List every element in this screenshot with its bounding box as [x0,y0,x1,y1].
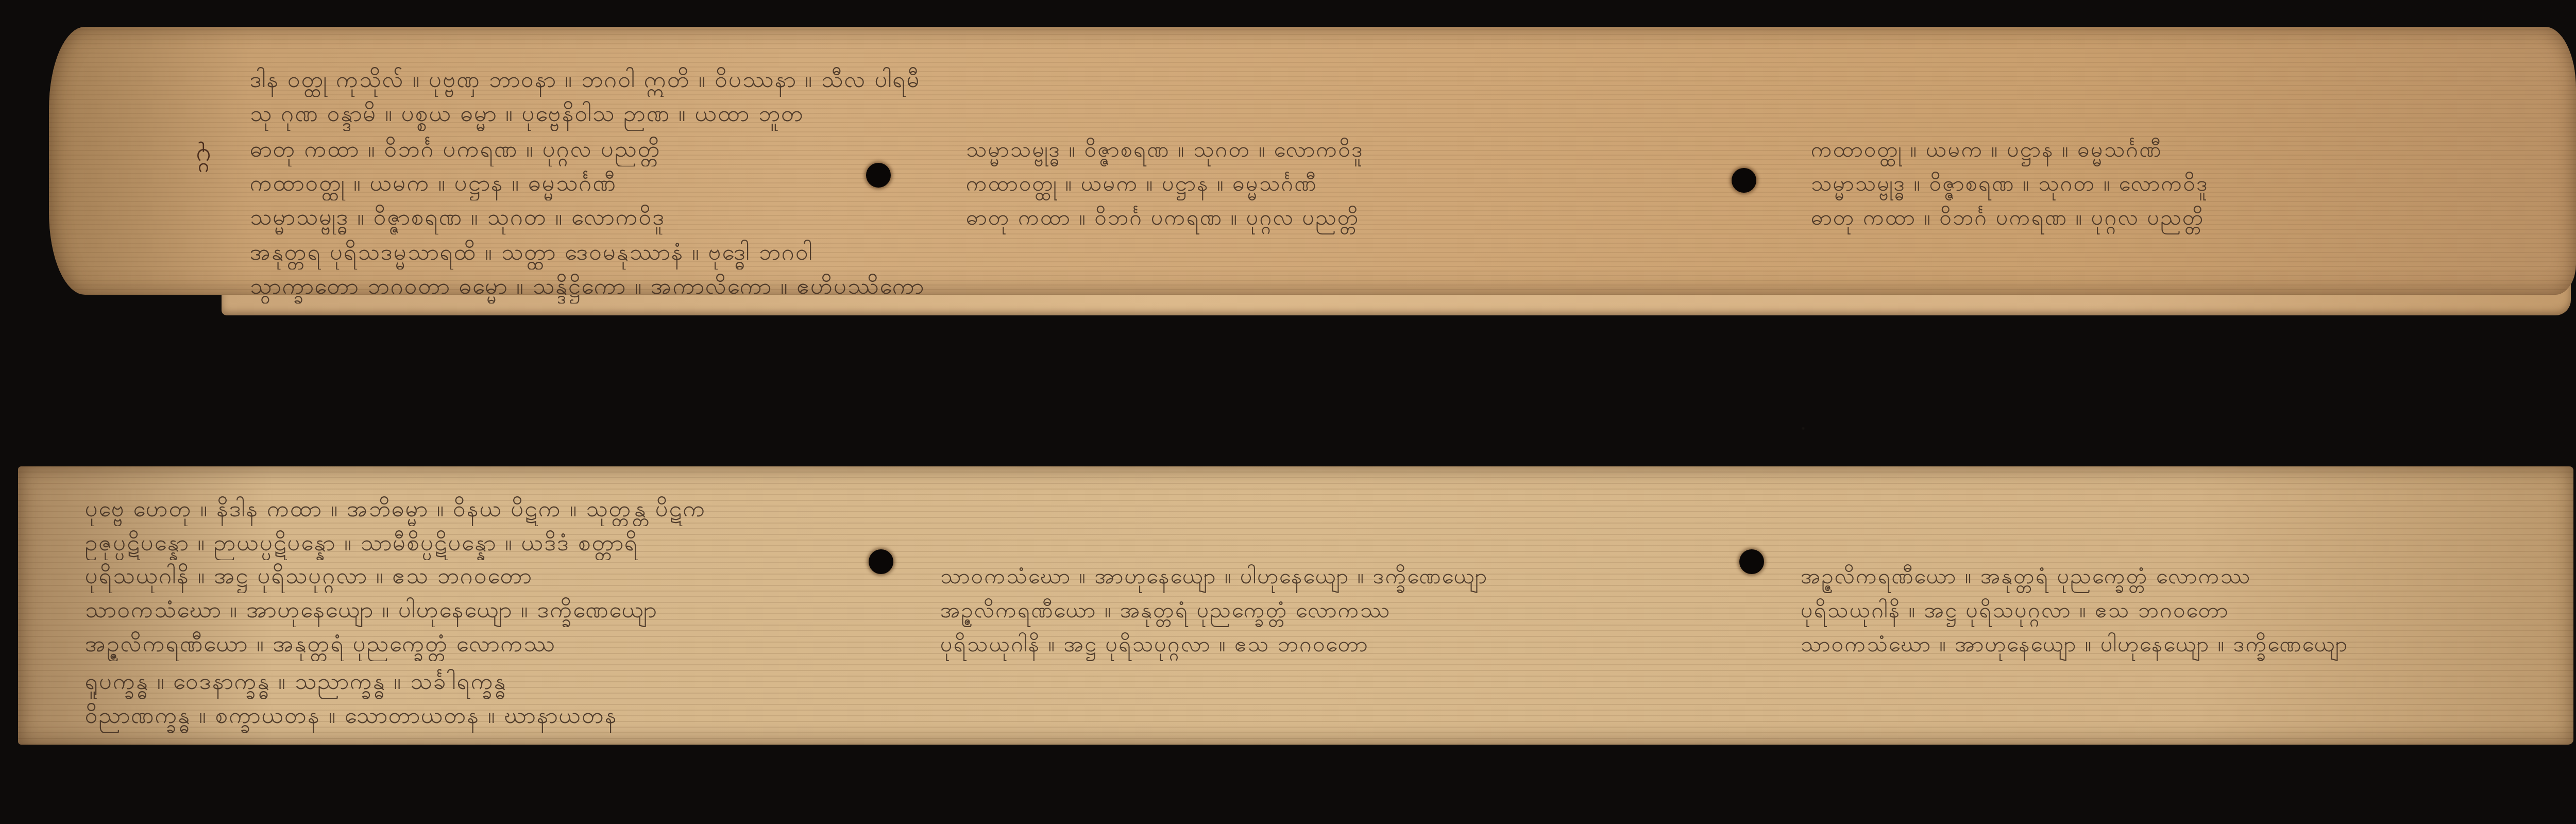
manuscript-line: ဓာတု ကထာ ။ ဝိဘင်္ဂ ပကရဏ ။ ပုဂ္ဂလ ပညတ္တိ [1811,200,2347,234]
manuscript-line: သာဝကသံဃော ။ အာဟုနေယျော ။ ပါဟုနေယျော ။ ဒက… [1801,627,2347,661]
manuscript-line: ဒါန ဝတ္ထု ကုသိုလ် ။ ပုဗ္ဗဏှ ဘာဝနာ ။ ဘဂဝါ… [250,63,2414,97]
bottom-leaf-text-full-upper: ပုဗ္ဗေ ဟေတု ။ နိဒါန ကထာ ။ အဘိဓမ္မာ ။ ဝိန… [85,492,2476,560]
manuscript-line: ဓာတု ကထာ ။ ဝိဘင်္ဂ ပကရဏ ။ ပုဂ္ဂလ ပညတ္တိ [966,200,1698,234]
binding-hole [1732,168,1756,193]
bottom-leaf-text-center: သာဝကသံဃော ။ အာဟုနေယျော ။ ပါဟုနေယျော ။ ဒက… [940,559,1672,661]
manuscript-line: အဉ္ဇလိကရဏီယော ။ အနုတ္တရံ ပုညက္ခေတ္တံ လော… [940,593,1672,627]
bottom-palm-leaf: ပုဗ္ဗေ ဟေတု ။ နိဒါန ကထာ ။ အဘိဓမ္မာ ။ ဝိန… [18,466,2573,745]
binding-hole [866,163,891,188]
manuscript-line: ပုဗ္ဗေ ဟေတု ။ နိဒါန ကထာ ။ အဘိဓမ္မာ ။ ဝိန… [85,492,2476,526]
bottom-leaf-text-left: ပုရိသယုဂါနိ ။ အဋ္ဌ ပုရိသပုဂ္ဂလာ ။ ဧသ ဘဂဝ… [85,559,688,661]
top-leaf-text-left: ဓာတု ကထာ ။ ဝိဘင်္ဂ ပကရဏ ။ ပုဂ္ဂလ ပညတ္တိ … [250,132,817,234]
manuscript-line: ဝိညာဏက္ခန္ဓ ။ စက္ခာယတန ။ သောတာယတန ။ ဃာနာ… [85,699,2476,733]
manuscript-line: သာဝကသံဃော ။ အာဟုနေယျော ။ ပါဟုနေယျော ။ ဒက… [940,559,1672,593]
manuscript-line: ပုရိသယုဂါနိ ။ အဋ္ဌ ပုရိသပုဂ္ဂလာ ။ ဧသ ဘဂဝ… [1801,593,2347,627]
binding-hole [1739,549,1764,574]
manuscript-line: သာဝကသံဃော ။ အာဟုနေယျော ။ ပါဟုနေယျော ။ ဒက… [85,593,688,627]
manuscript-line: သမ္မာသမ္ဗုဒ္ဓ ။ ဝိဇ္ဇာစရဏ ။ သုဂတ ။ လောကဝ… [966,132,1698,166]
manuscript-line: ဥဇုပ္ပဋိပန္နော ။ ဉာယပ္ပဋိပန္နော ။ သာမီစိ… [85,526,2476,560]
binding-hole [869,549,893,574]
manuscript-line: အနုတ္တရ ပုရိသဒမ္မသာရထိ ။ သတ္ထာ ဒေဝမနုဿာန… [250,236,2414,270]
manuscript-line: သမ္မာသမ္ဗုဒ္ဓ ။ ဝိဇ္ဇာစရဏ ။ သုဂတ ။ လောကဝ… [250,200,817,234]
manuscript-line: ပုရိသယုဂါနိ ။ အဋ္ဌ ပုရိသပုဂ္ဂလာ ။ ဧသ ဘဂဝ… [85,559,688,593]
top-palm-leaf: ဂ္ဂႝ ဒါန ဝတ္ထု ကုသိုလ် ။ ပုဗ္ဗဏှ ဘာဝနာ ။… [49,27,2576,295]
manuscript-line: ဓာတု ကထာ ။ ဝိဘင်္ဂ ပကရဏ ။ ပုဂ္ဂလ ပညတ္တိ [250,132,817,166]
manuscript-line: ရူပက္ခန္ဓ ။ ဝေဒနာက္ခန္ဓ ။ သညာက္ခန္ဓ ။ သင… [85,665,2476,699]
top-leaf-text-right: ကထာဝတ္ထု ။ ယမက ။ ပဋ္ဌာန ။ ဓမ္မသင်္ဂဏီ သမ… [1811,132,2347,234]
manuscript-line: သု ဂုဏ ဝန္ဒာမိ ။ ပစ္စယ ဓမ္မာ ။ ပုဗ္ဗေနိဝ… [250,97,2414,131]
folio-number: ဂ္ဂႝ [196,135,211,174]
bottom-leaf-text-full-lower: ရူပက္ခန္ဓ ။ ဝေဒနာက္ခန္ဓ ။ သညာက္ခန္ဓ ။ သင… [85,665,2476,733]
manuscript-line: ကထာဝတ္ထု ။ ယမက ။ ပဋ္ဌာန ။ ဓမ္မသင်္ဂဏီ [966,166,1698,200]
manuscript-line: သမ္မာသမ္ဗုဒ္ဓ ။ ဝိဇ္ဇာစရဏ ။ သုဂတ ။ လောကဝ… [1811,166,2347,200]
manuscript-line: ပုရိသယုဂါနိ ။ အဋ္ဌ ပုရိသပုဂ္ဂလာ ။ ဧသ ဘဂဝ… [940,627,1672,661]
manuscript-line: အဉ္ဇလိကရဏီယော ။ အနုတ္တရံ ပုညက္ခေတ္တံ လော… [1801,559,2347,593]
manuscript-line: အဉ္ဇလိကရဏီယော ။ အနုတ္တရံ ပုညက္ခေတ္တံ လော… [85,627,688,661]
manuscript-line: ကထာဝတ္ထု ။ ယမက ။ ပဋ္ဌာန ။ ဓမ္မသင်္ဂဏီ [250,166,817,200]
manuscript-line: သွာက္ခာတော ဘဂဝတာ ဓမ္မော ။ သန္ဒိဋ္ဌိကော ။… [250,270,2414,304]
top-leaf-text-full-lower: အနုတ္တရ ပုရိသဒမ္မသာရထိ ။ သတ္ထာ ဒေဝမနုဿာန… [250,236,2414,304]
bottom-leaf-text-right: အဉ္ဇလိကရဏီယော ။ အနုတ္တရံ ပုညက္ခေတ္တံ လော… [1801,559,2347,661]
manuscript-line: ကထာဝတ္ထု ။ ယမက ။ ပဋ္ဌာန ။ ဓမ္မသင်္ဂဏီ [1811,132,2347,166]
top-leaf-text-full-upper: ဒါန ဝတ္ထု ကုသိုလ် ။ ပုဗ္ဗဏှ ဘာဝနာ ။ ဘဂဝါ… [250,63,2414,131]
top-leaf-text-center: သမ္မာသမ္ဗုဒ္ဓ ။ ဝိဇ္ဇာစရဏ ။ သုဂတ ။ လောကဝ… [966,132,1698,234]
